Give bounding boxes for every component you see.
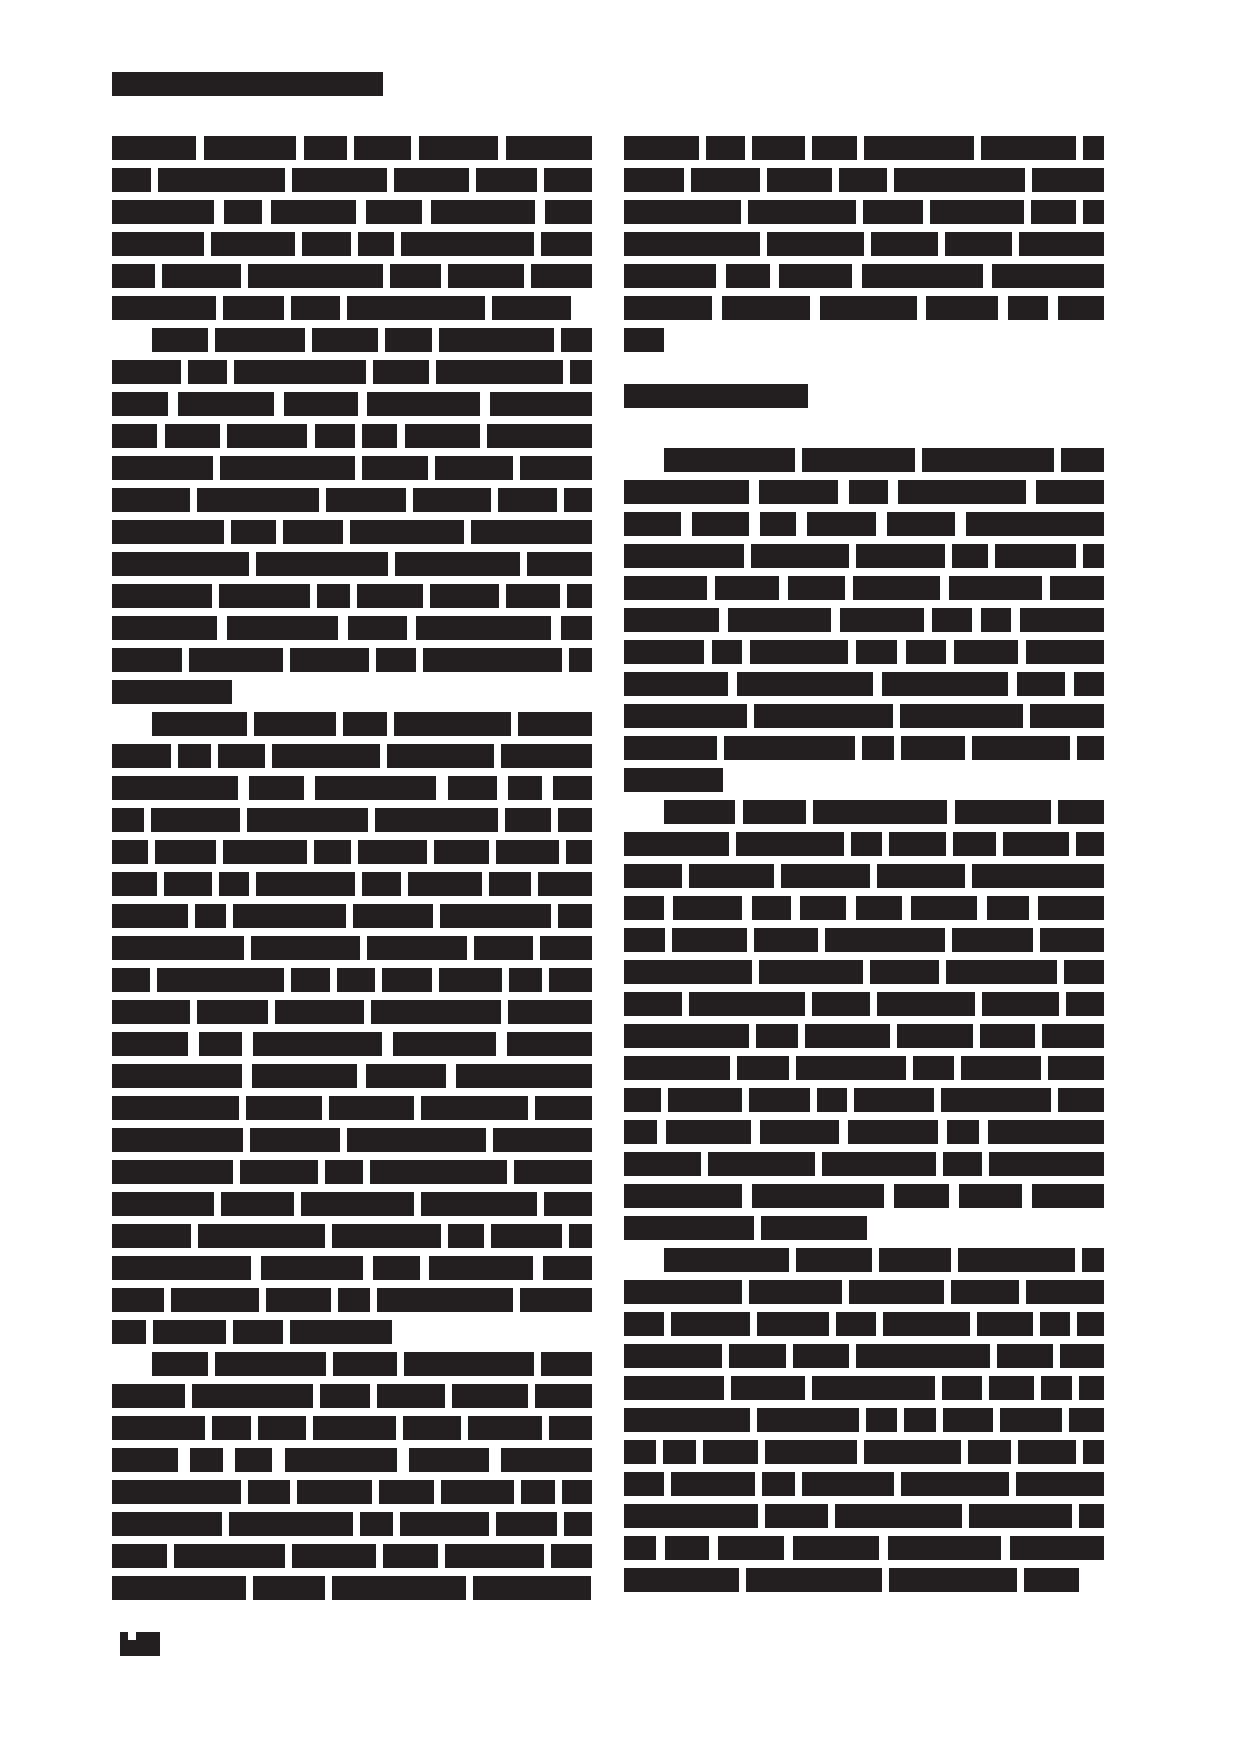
redacted-text-line xyxy=(112,1384,592,1408)
redacted-text-line xyxy=(624,768,736,792)
redacted-text-line xyxy=(624,200,1104,224)
redacted-text-line xyxy=(112,520,592,544)
section-heading xyxy=(624,384,808,408)
redacted-text-line xyxy=(112,360,592,384)
redacted-text-line xyxy=(624,704,1104,728)
running-header xyxy=(112,72,383,96)
redacted-text-line xyxy=(624,1280,1104,1304)
redacted-text-line xyxy=(624,328,664,352)
redacted-text-line xyxy=(624,1184,1104,1208)
redacted-text-line xyxy=(112,808,592,832)
redacted-text-line xyxy=(112,1512,592,1536)
redacted-text-line xyxy=(112,1096,592,1120)
redacted-text-line xyxy=(112,744,592,768)
redacted-text-line xyxy=(112,1544,592,1568)
redacted-text-line xyxy=(664,1248,1104,1272)
redacted-text-line xyxy=(624,264,1104,288)
redacted-text-line xyxy=(112,968,592,992)
redacted-text-line xyxy=(112,936,592,960)
redacted-text-line xyxy=(624,1440,1104,1464)
redacted-text-line xyxy=(624,544,1104,568)
redacted-text-line xyxy=(624,1088,1104,1112)
redacted-text-line xyxy=(112,424,592,448)
redacted-text-line xyxy=(624,1024,1104,1048)
redacted-text-line xyxy=(624,136,1104,160)
redacted-text-line xyxy=(112,1288,592,1312)
redacted-text-line xyxy=(112,1000,592,1024)
redacted-text-line xyxy=(624,1376,1104,1400)
redacted-text-line xyxy=(624,168,1104,192)
redacted-text-line xyxy=(112,456,592,480)
redacted-text-line xyxy=(112,1448,592,1472)
page-number xyxy=(120,1632,160,1656)
redacted-text-line xyxy=(112,200,592,224)
redacted-text-line xyxy=(624,992,1104,1016)
redacted-text-line xyxy=(112,648,592,672)
redacted-text-line xyxy=(152,1352,592,1376)
redacted-text-line xyxy=(112,136,592,160)
redacted-text-line xyxy=(112,488,592,512)
redacted-text-line xyxy=(624,1408,1104,1432)
redacted-text-line xyxy=(624,296,1104,320)
redacted-text-line xyxy=(112,1576,592,1600)
redacted-text-line xyxy=(112,1160,592,1184)
redacted-text-line xyxy=(112,776,592,800)
redacted-text-line xyxy=(112,1256,592,1280)
redacted-text-line xyxy=(624,896,1104,920)
redacted-text-line xyxy=(112,296,592,320)
redacted-text-line xyxy=(624,1344,1104,1368)
redacted-text-line xyxy=(112,1224,592,1248)
redacted-text-line xyxy=(664,800,1104,824)
redacted-text-line xyxy=(112,1192,592,1216)
redacted-text-line xyxy=(112,1064,592,1088)
redacted-text-line xyxy=(664,448,1104,472)
redacted-text-line xyxy=(112,1416,592,1440)
redacted-text-line xyxy=(112,392,592,416)
redacted-text-line xyxy=(624,1152,1104,1176)
redacted-text-line xyxy=(624,1504,1104,1528)
redacted-document-page xyxy=(0,0,1240,1742)
redacted-text-line xyxy=(624,960,1104,984)
redacted-text-line xyxy=(624,672,1104,696)
redacted-text-line xyxy=(112,168,592,192)
redacted-text-line xyxy=(152,328,592,352)
redacted-text-line xyxy=(624,608,1104,632)
redacted-text-line xyxy=(624,1472,1104,1496)
redacted-text-line xyxy=(112,1128,592,1152)
redacted-text-line xyxy=(624,1568,1104,1592)
redacted-text-line xyxy=(624,512,1104,536)
redacted-text-line xyxy=(624,832,1104,856)
redacted-text-line xyxy=(112,680,232,704)
redacted-text-line xyxy=(112,1480,592,1504)
redacted-text-line xyxy=(624,928,1104,952)
redacted-text-line xyxy=(112,872,592,896)
redacted-text-line xyxy=(624,640,1104,664)
redacted-text-line xyxy=(112,1032,592,1056)
redacted-text-line xyxy=(624,1120,1104,1144)
redacted-text-line xyxy=(624,576,1104,600)
redacted-text-line xyxy=(624,232,1104,256)
redacted-text-line xyxy=(112,904,592,928)
redacted-text-line xyxy=(112,264,592,288)
redacted-text-line xyxy=(624,864,1104,888)
redacted-text-line xyxy=(624,736,1104,760)
redacted-text-line xyxy=(112,616,592,640)
redacted-text-line xyxy=(112,232,592,256)
redacted-text-line xyxy=(152,712,592,736)
redacted-text-line xyxy=(624,1536,1104,1560)
redacted-text-line xyxy=(624,1056,1104,1080)
redacted-text-line xyxy=(112,584,592,608)
redacted-text-line xyxy=(624,480,1104,504)
redacted-text-line xyxy=(112,1320,392,1344)
redacted-text-line xyxy=(624,1312,1104,1336)
redacted-text-line xyxy=(112,840,592,864)
redacted-text-line xyxy=(112,552,592,576)
redacted-text-line xyxy=(624,1216,874,1240)
